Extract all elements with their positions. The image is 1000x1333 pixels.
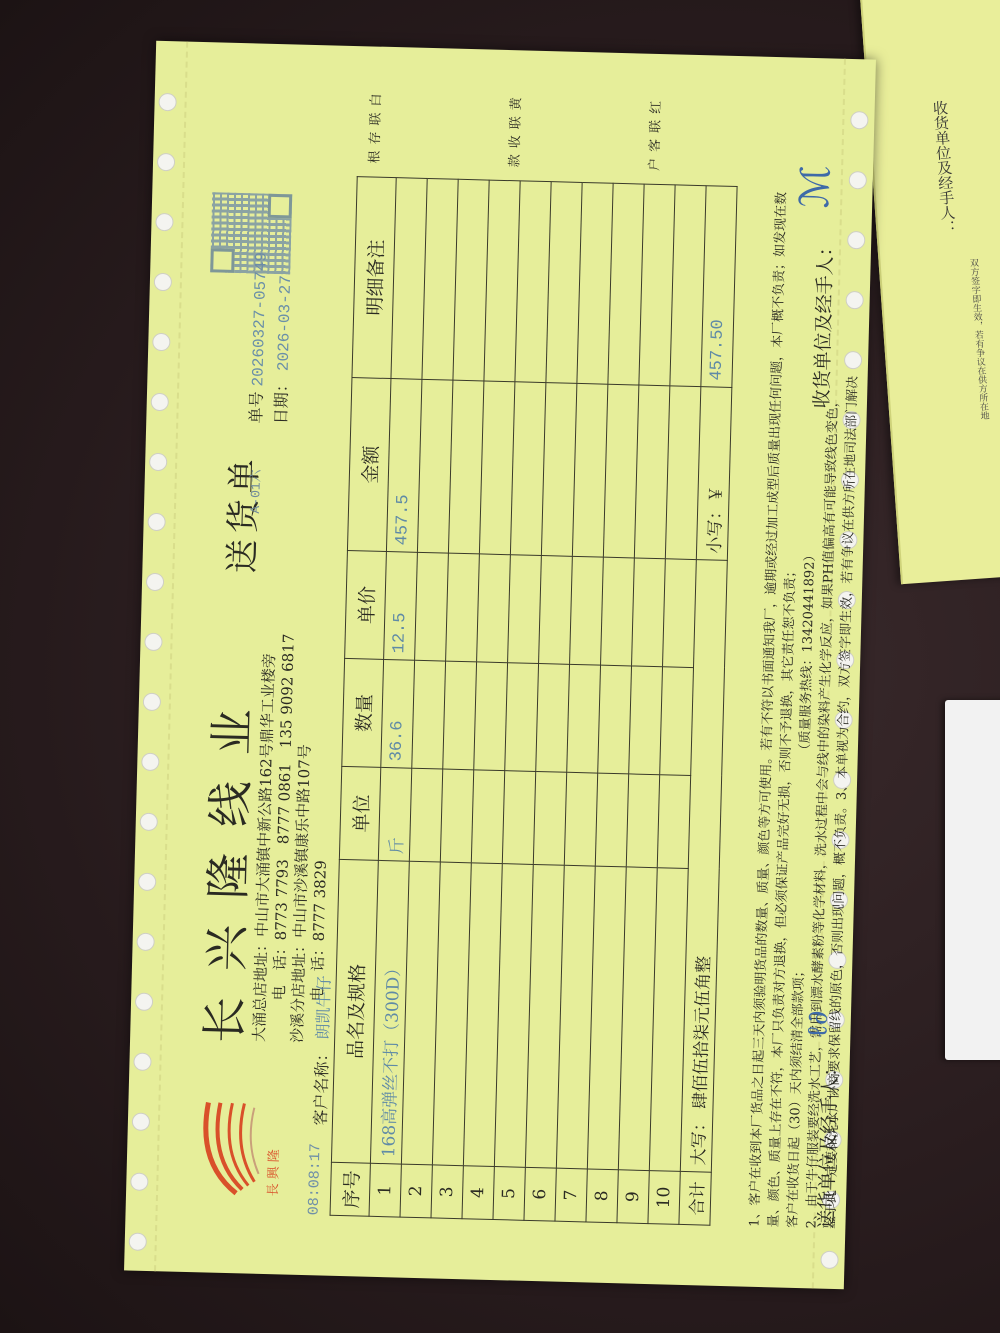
date-label: 日期： xyxy=(271,376,291,424)
company-logo: 長興隆 xyxy=(196,1092,289,1204)
col-price: 单价 xyxy=(345,550,387,659)
wing-logo-icon xyxy=(196,1092,269,1204)
customer-field: 客户名称：朗凯牛仔 xyxy=(308,975,335,1126)
receiver-signature-icon: ℳ xyxy=(792,165,839,209)
total-lower: 457.50 xyxy=(701,186,737,388)
row-no: 7 xyxy=(555,1168,587,1222)
customer-name: 朗凯牛仔 xyxy=(313,975,334,1039)
copy-yellow: 黄联收款 xyxy=(507,96,522,172)
row-qty: 36.6 xyxy=(381,659,415,768)
sender-signature-label: 送货单位及经手人： xyxy=(811,1057,842,1229)
row-no: 5 xyxy=(493,1167,525,1221)
sender-signature-icon: ℓ∂ xyxy=(800,1010,835,1039)
row-no: 10 xyxy=(648,1171,680,1225)
copy-white: 白联存根 xyxy=(367,92,382,168)
total-upper-label: 大写： xyxy=(688,1114,709,1166)
order-meta: 单号 20260327-05749 日期： 2026-03-27 xyxy=(244,252,298,425)
hq-address-label: 大涌总店地址： xyxy=(250,937,271,1042)
logo-text: 長興隆 xyxy=(262,1145,282,1196)
qr-code-icon xyxy=(210,192,292,274)
delivery-note: 長興隆 长兴隆线业 送货单 大涌总店地址：中山市大涌镇中新公路162号鼎华工业楼… xyxy=(124,41,876,1289)
row-amount: 457.5 xyxy=(386,379,422,553)
total-upper: 肆佰伍拾柒元伍角整 xyxy=(690,956,714,1109)
customer-label: 客户名称： xyxy=(311,1045,332,1125)
col-remark: 明细备注 xyxy=(352,177,396,379)
row-no: 6 xyxy=(524,1167,556,1221)
copy-red: 红联客户 xyxy=(647,100,662,176)
col-amount: 金额 xyxy=(347,378,391,552)
row-price: 12.5 xyxy=(384,551,418,660)
row-no: 9 xyxy=(617,1170,649,1224)
hq-phone-label: 电 话： xyxy=(269,940,290,1042)
date: 2026-03-27 xyxy=(275,275,296,371)
row-no: 2 xyxy=(400,1164,432,1218)
row-no: 3 xyxy=(431,1165,463,1219)
col-qty: 数量 xyxy=(342,658,384,767)
order-no-label: 单号 xyxy=(246,391,266,424)
col-unit: 单位 xyxy=(339,766,380,860)
items-table: 序号 品名及规格 单位 数量 单价 金额 明细备注 1168高弹丝不打（300D… xyxy=(330,176,738,1226)
copy-labels: 白联存根 黄联收款 红联客户 xyxy=(357,146,358,172)
branch-phone: 8777 3829 xyxy=(310,860,330,942)
tractor-holes-top xyxy=(128,41,180,1271)
receiver-signature-label: 收货单位及经手人： xyxy=(807,237,838,409)
branch-address-label: 沙溪分店地址： xyxy=(288,938,309,1043)
col-no: 序号 xyxy=(330,1162,370,1216)
route-code: A-01六 xyxy=(244,469,264,514)
row-no: 1 xyxy=(369,1163,401,1217)
document-photo: 長興隆 长兴隆线业 送货单 大涌总店地址：中山市大涌镇中新公路162号鼎华工业楼… xyxy=(0,0,1000,1333)
total-lower-label: 小写：￥ xyxy=(704,485,726,554)
row-unit: 斤 xyxy=(378,767,411,861)
terms-notes: 1、客户在收到本厂货品之日起三天内须验明货品的数量、质量、颜色等方可使用。若有不… xyxy=(745,167,868,1229)
row-no: 8 xyxy=(586,1169,618,1223)
total-label: 合计 xyxy=(679,1171,711,1225)
print-time: 08:08:17 xyxy=(306,1143,325,1215)
row-no: 4 xyxy=(462,1166,494,1220)
